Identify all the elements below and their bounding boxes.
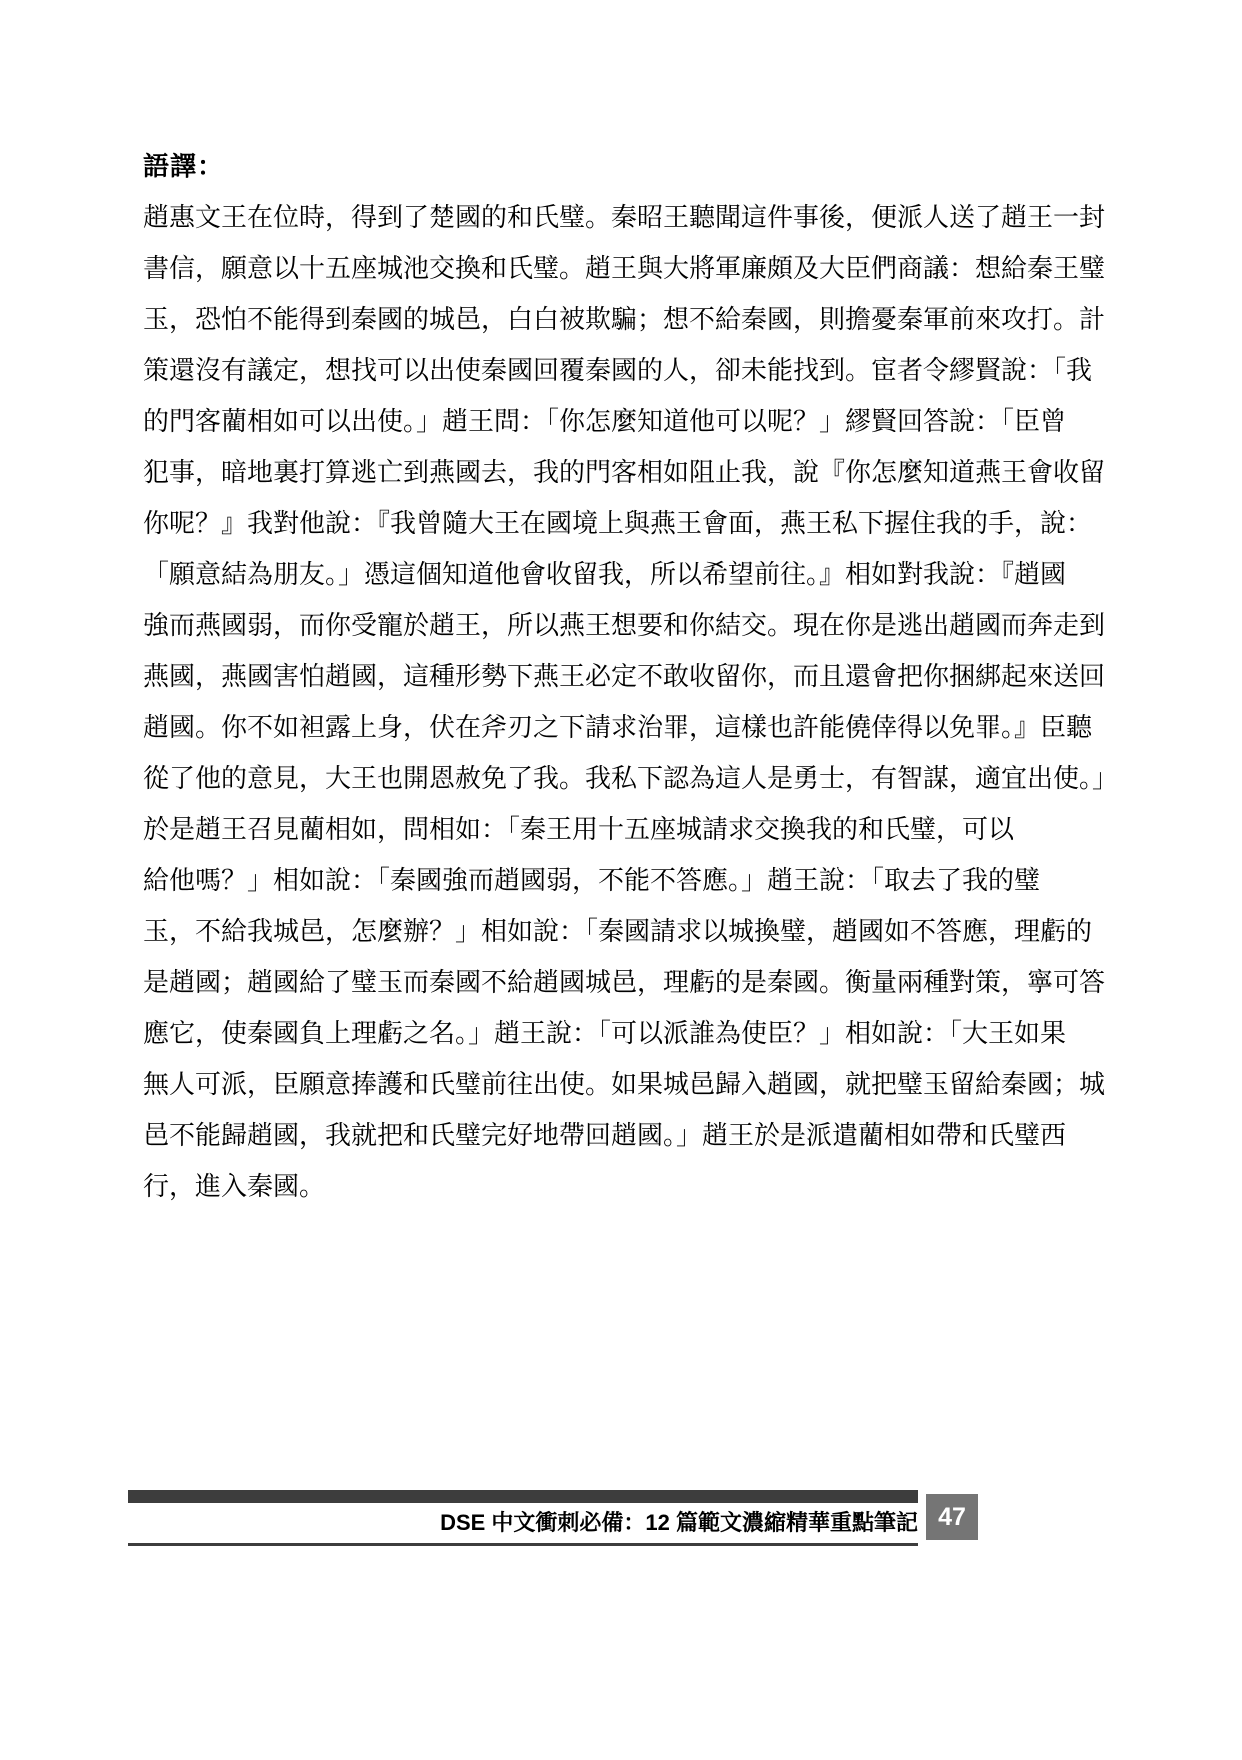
translation-line: 無人可派，臣願意捧護和氏璧前往出使。如果城邑歸入趙國，就把璧玉留給秦國；城 (143, 1059, 1123, 1110)
page-number-badge: 47 (926, 1494, 978, 1540)
translation-line: 應它，使秦國負上理虧之名。」趙王說：「可以派誰為使臣？」相如說：「大王如果 (143, 1008, 1123, 1059)
translation-line: 強而燕國弱，而你受寵於趙王，所以燕王想要和你結交。現在你是逃出趙國而奔走到 (143, 600, 1123, 651)
translation-line: 玉，不給我城邑，怎麼辦？」相如說：「秦國請求以城換璧，趙國如不答應，理虧的 (143, 906, 1123, 957)
translation-line: 「願意結為朋友。」憑這個知道他會收留我，所以希望前往。』相如對我說：『趙國 (143, 549, 1123, 600)
translation-line: 從了他的意見，大王也開恩赦免了我。我私下認為這人是勇士，有智謀，適宜出使。」 (143, 753, 1123, 804)
footer-bottom-rule (128, 1543, 918, 1546)
translation-line: 你呢？』我對他說：『我曾隨大王在國境上與燕王會面，燕王私下握住我的手，說： (143, 498, 1123, 549)
section-heading: 語譯： (143, 141, 1123, 192)
translation-line: 給他嗎？」相如說：「秦國強而趙國弱，不能不答應。」趙王說：「取去了我的璧 (143, 855, 1123, 906)
translation-line: 玉，恐怕不能得到秦國的城邑，白白被欺騙；想不給秦國，則擔憂秦軍前來攻打。計 (143, 294, 1123, 345)
translation-line: 犯事，暗地裏打算逃亡到燕國去，我的門客相如阻止我，說『你怎麼知道燕王會收留 (143, 447, 1123, 498)
footer-title: DSE 中文衝刺必備：12 篇範文濃縮精華重點筆記 (128, 1505, 918, 1541)
footer-top-bar (128, 1490, 918, 1503)
translation-line: 於是趙王召見藺相如，問相如：「秦王用十五座城請求交換我的和氏璧，可以 (143, 804, 1123, 855)
page-footer: DSE 中文衝刺必備：12 篇範文濃縮精華重點筆記 47 (128, 1490, 980, 1550)
translation-line: 的門客藺相如可以出使。」趙王問：「你怎麼知道他可以呢？」繆賢回答說：「臣曾 (143, 396, 1123, 447)
translation-line: 邑不能歸趙國，我就把和氏璧完好地帶回趙國。」趙王於是派遣藺相如帶和氏璧西 (143, 1110, 1123, 1161)
translation-line: 書信，願意以十五座城池交換和氏璧。趙王與大將軍廉頗及大臣們商議：想給秦王璧 (143, 243, 1123, 294)
document-page: 語譯： 趙惠文王在位時，得到了楚國的和氏璧。秦昭王聽聞這件事後，便派人送了趙王一… (0, 0, 1242, 1760)
translation-line: 燕國，燕國害怕趙國，這種形勢下燕王必定不敢收留你，而且還會把你捆綁起來送回 (143, 651, 1123, 702)
translation-line: 趙惠文王在位時，得到了楚國的和氏璧。秦昭王聽聞這件事後，便派人送了趙王一封 (143, 192, 1123, 243)
translation-line: 趙國。你不如袒露上身，伏在斧刃之下請求治罪，這樣也許能僥倖得以免罪。』臣聽 (143, 702, 1123, 753)
translation-line: 是趙國；趙國給了璧玉而秦國不給趙國城邑，理虧的是秦國。衡量兩種對策，寧可答 (143, 957, 1123, 1008)
translation-line: 策還沒有議定，想找可以出使秦國回覆秦國的人，卻未能找到。宦者令繆賢說：「我 (143, 345, 1123, 396)
translation-section: 語譯： 趙惠文王在位時，得到了楚國的和氏璧。秦昭王聽聞這件事後，便派人送了趙王一… (143, 141, 1123, 1212)
translation-line: 行，進入秦國。 (143, 1161, 1123, 1212)
